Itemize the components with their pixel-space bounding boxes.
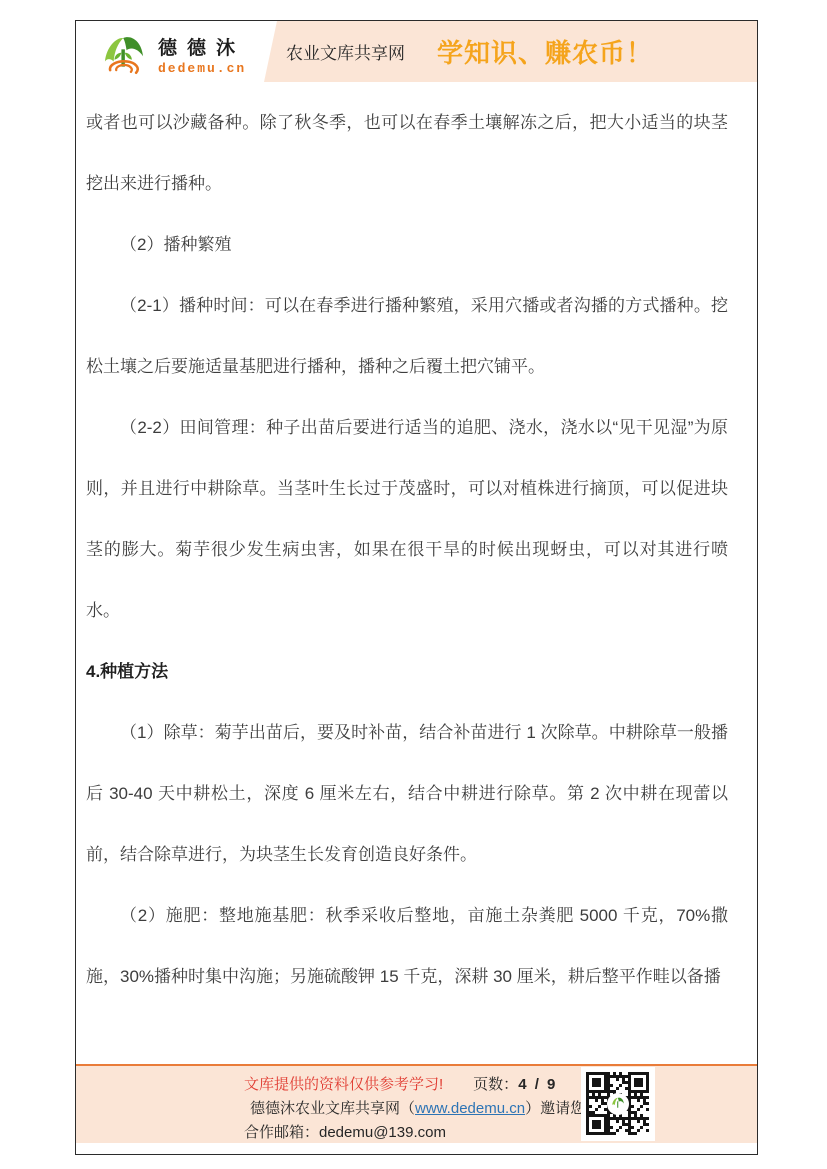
header-banner: 农业文库共享网 学知识、赚农币！ (264, 21, 757, 82)
paragraph: （1）除草：菊芋出苗后，要及时补苗，结合补苗进行 1 次除草。中耕除草一般播后 … (86, 702, 728, 885)
site-name: 农业文库共享网 (286, 39, 405, 64)
footer-line-invite: 德德沐农业文库共享网（www.dedemu.cn）邀请您加入 (244, 1097, 615, 1121)
paragraph: （2）播种繁殖 (86, 214, 728, 275)
reference-notice: 文库提供的资料仅供参考学习! (244, 1076, 443, 1093)
logo-mark-icon (98, 32, 150, 89)
site-logo: 德德沐 dedemu.cn (98, 32, 246, 89)
paragraph: （2-1）播种时间：可以在春季进行播种繁殖，采用穴播或者沟播的方式播种。挖松土壤… (86, 275, 728, 397)
footer-line-contact: 合作邮箱：dedemu@139.com (244, 1121, 615, 1145)
document-content: 或者也可以沙藏备种。除了秋冬季，也可以在春季土壤解冻之后，把大小适当的块茎挖出来… (86, 92, 728, 1007)
logo-chinese-name: 德德沐 (158, 38, 246, 60)
section-heading: 4.种植方法 (86, 641, 728, 702)
qr-code (581, 1067, 655, 1141)
invite-prefix: 德德沐农业文库共享网（ (250, 1100, 415, 1117)
logo-domain: dedemu.cn (158, 62, 246, 76)
footer-line-notice: 文库提供的资料仅供参考学习!页数：4 / 9 (244, 1073, 615, 1097)
site-slogan: 学知识、赚农币！ (437, 33, 653, 70)
website-link[interactable]: www.dedemu.cn (415, 1100, 525, 1117)
document-page: 德德沐 dedemu.cn 农业文库共享网 学知识、赚农币！ 或者也可以沙藏备种… (75, 20, 758, 1155)
paragraph: 或者也可以沙藏备种。除了秋冬季，也可以在春季土壤解冻之后，把大小适当的块茎挖出来… (86, 92, 728, 214)
page-count-label: 页数： (473, 1076, 518, 1093)
qr-center-logo-icon (607, 1093, 629, 1115)
paragraph: （2-2）田间管理：种子出苗后要进行适当的追肥、浇水，浇水以“见干见湿”为原则，… (86, 397, 728, 641)
paragraph: （2）施肥：整地施基肥：秋季采收后整地，亩施土杂粪肥 5000 千克，70%撒施… (86, 885, 728, 1007)
page-count-value: 4 / 9 (518, 1076, 557, 1093)
